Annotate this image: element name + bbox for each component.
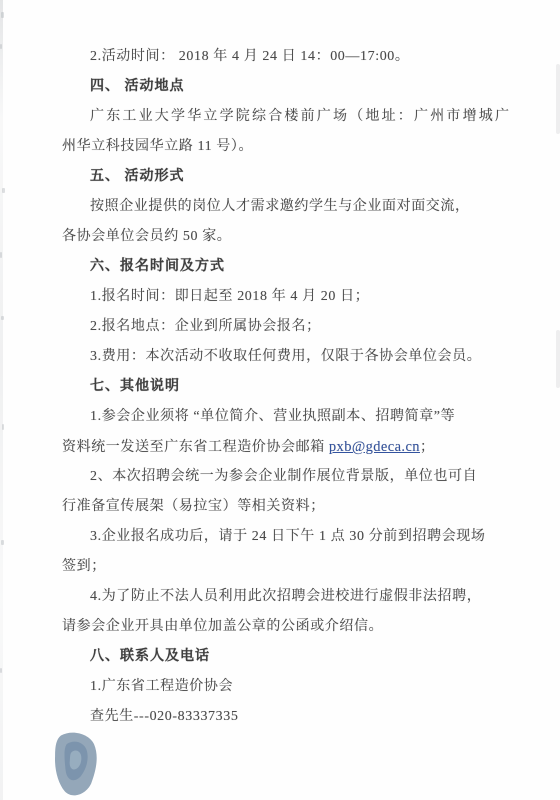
line-signup-time: 1.报名时间：即日起至 2018 年 4 月 20 日；	[62, 282, 532, 312]
document-body: 2.活动时间： 2018 年 4 月 24 日 14：00—17:00。 四、 …	[62, 42, 532, 732]
scan-right-smudge	[556, 64, 560, 134]
heading-section6-signup: 六、报名时间及方式	[62, 252, 532, 282]
scan-speck	[0, 44, 2, 49]
line-note1-email: 资料统一发送至广东省工程造价协会邮箱 pxb@gdeca.cn；	[62, 432, 532, 462]
scan-speck	[0, 668, 2, 673]
line-location-2: 州华立科技园华立路 11 号）。	[62, 132, 532, 162]
email-link[interactable]: pxb@gdeca.cn	[329, 439, 420, 455]
line-location-1: 广东工业大学华立学院综合楼前广场（地址：广州市增城广	[62, 102, 532, 132]
scan-speck	[1, 12, 4, 18]
scan-speck	[0, 252, 2, 258]
scan-speck	[1, 540, 4, 545]
scanned-document-page: 2.活动时间： 2018 年 4 月 24 日 14：00—17:00。 四、 …	[0, 0, 560, 800]
heading-section7-notes: 七、其他说明	[62, 372, 532, 402]
line-signup-fee: 3.费用：本次活动不收取任何费用，仅限于各协会单位会员。	[62, 342, 532, 372]
line-note3-checkin-2: 签到；	[62, 552, 532, 582]
line-note2-booth-1: 2、本次招聘会统一为参会企业制作展位背景版，单位也可自	[62, 462, 532, 492]
email-line-prefix: 资料统一发送至广东省工程造价协会邮箱	[62, 440, 329, 455]
watermark-emblem-icon	[51, 729, 104, 799]
line-signup-place: 2.报名地点：企业到所属协会报名；	[62, 312, 532, 342]
line-note2-booth-2: 行准备宣传展架（易拉宝）等相关资料；	[62, 492, 532, 522]
scan-speck	[2, 188, 5, 193]
scan-left-edge-shadow	[0, 0, 3, 800]
heading-section5-format: 五、 活动形式	[62, 162, 532, 192]
heading-section8-contacts: 八、联系人及电话	[62, 642, 532, 672]
scan-speck	[2, 424, 4, 430]
line-contact-association: 1.广东省工程造价协会	[62, 672, 532, 702]
line-contact-phone: 查先生---020-83337335	[62, 702, 532, 732]
heading-section4-location: 四、 活动地点	[62, 72, 532, 102]
line-note4-antifraud-1: 4.为了防止不法人员利用此次招聘会进校进行虚假非法招聘，	[62, 582, 532, 612]
line-note1-materials: 1.参会企业须将 “单位简介、营业执照副本、招聘简章”等	[62, 402, 532, 432]
scan-speck	[1, 316, 4, 320]
line-activity-time: 2.活动时间： 2018 年 4 月 24 日 14：00—17:00。	[62, 42, 532, 72]
line-format-1: 按照企业提供的岗位人才需求邀约学生与企业面对面交流，	[62, 192, 532, 222]
email-line-suffix: ；	[420, 440, 435, 455]
scan-right-smudge	[556, 330, 560, 388]
line-format-2: 各协会单位会员约 50 家。	[62, 222, 532, 252]
line-note4-antifraud-2: 请参会企业开具由单位加盖公章的公函或介绍信。	[62, 612, 532, 642]
line-note3-checkin-1: 3.企业报名成功后，请于 24 日下午 1 点 30 分前到招聘会现场	[62, 522, 532, 552]
